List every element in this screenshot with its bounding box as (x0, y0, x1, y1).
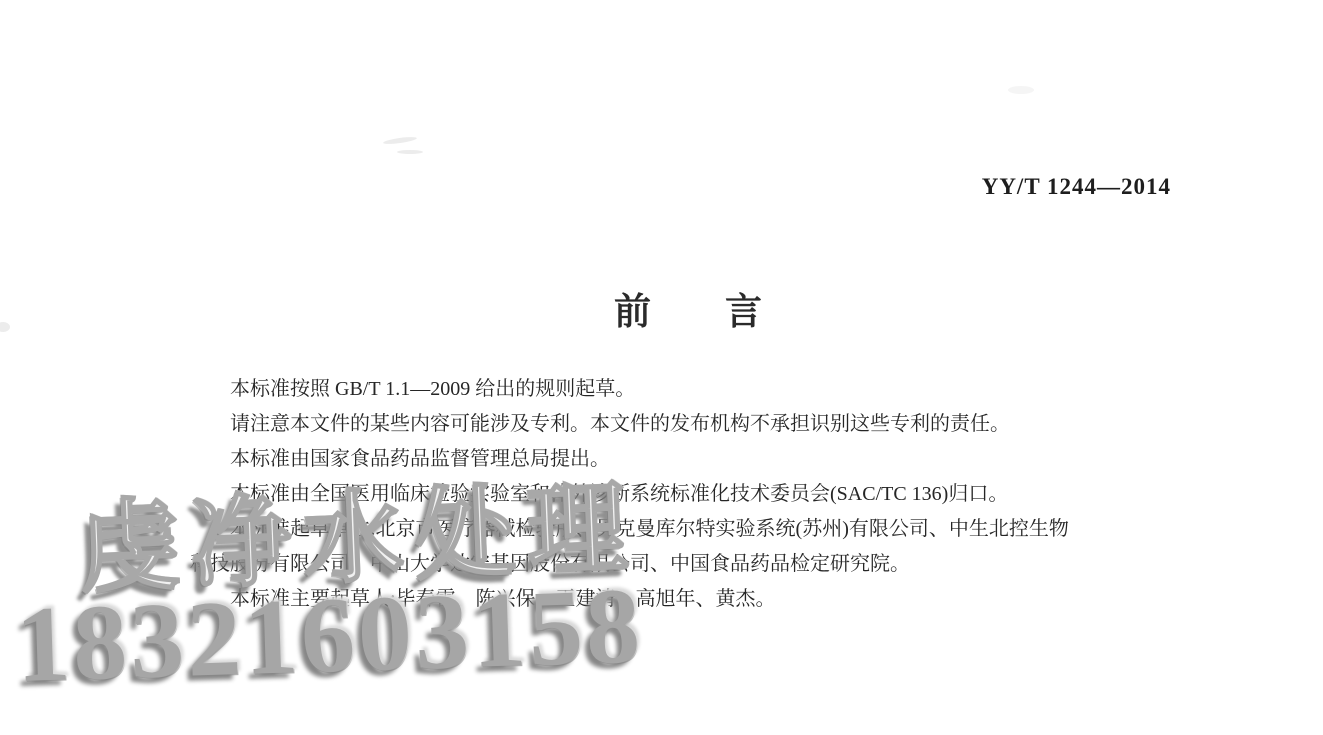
scan-smudge (383, 136, 417, 146)
watermark-phone-number: 18321603158 (14, 564, 645, 708)
standard-number: YY/T 1244—2014 (982, 174, 1171, 200)
foreword-line: 本标准按照 GB/T 1.1—2009 给出的规则起草。 (190, 372, 1140, 407)
scan-smudge (1008, 86, 1034, 94)
scan-smudge (0, 322, 10, 332)
page-title: 前 言 (614, 281, 762, 335)
scan-smudge (397, 150, 423, 154)
scanned-document-page: YY/T 1244—2014 前 言 本标准按照 GB/T 1.1—2009 给… (0, 0, 1323, 735)
foreword-line: 请注意本文件的某些内容可能涉及专利。本文件的发布机构不承担识别这些专利的责任。 (190, 407, 1140, 442)
